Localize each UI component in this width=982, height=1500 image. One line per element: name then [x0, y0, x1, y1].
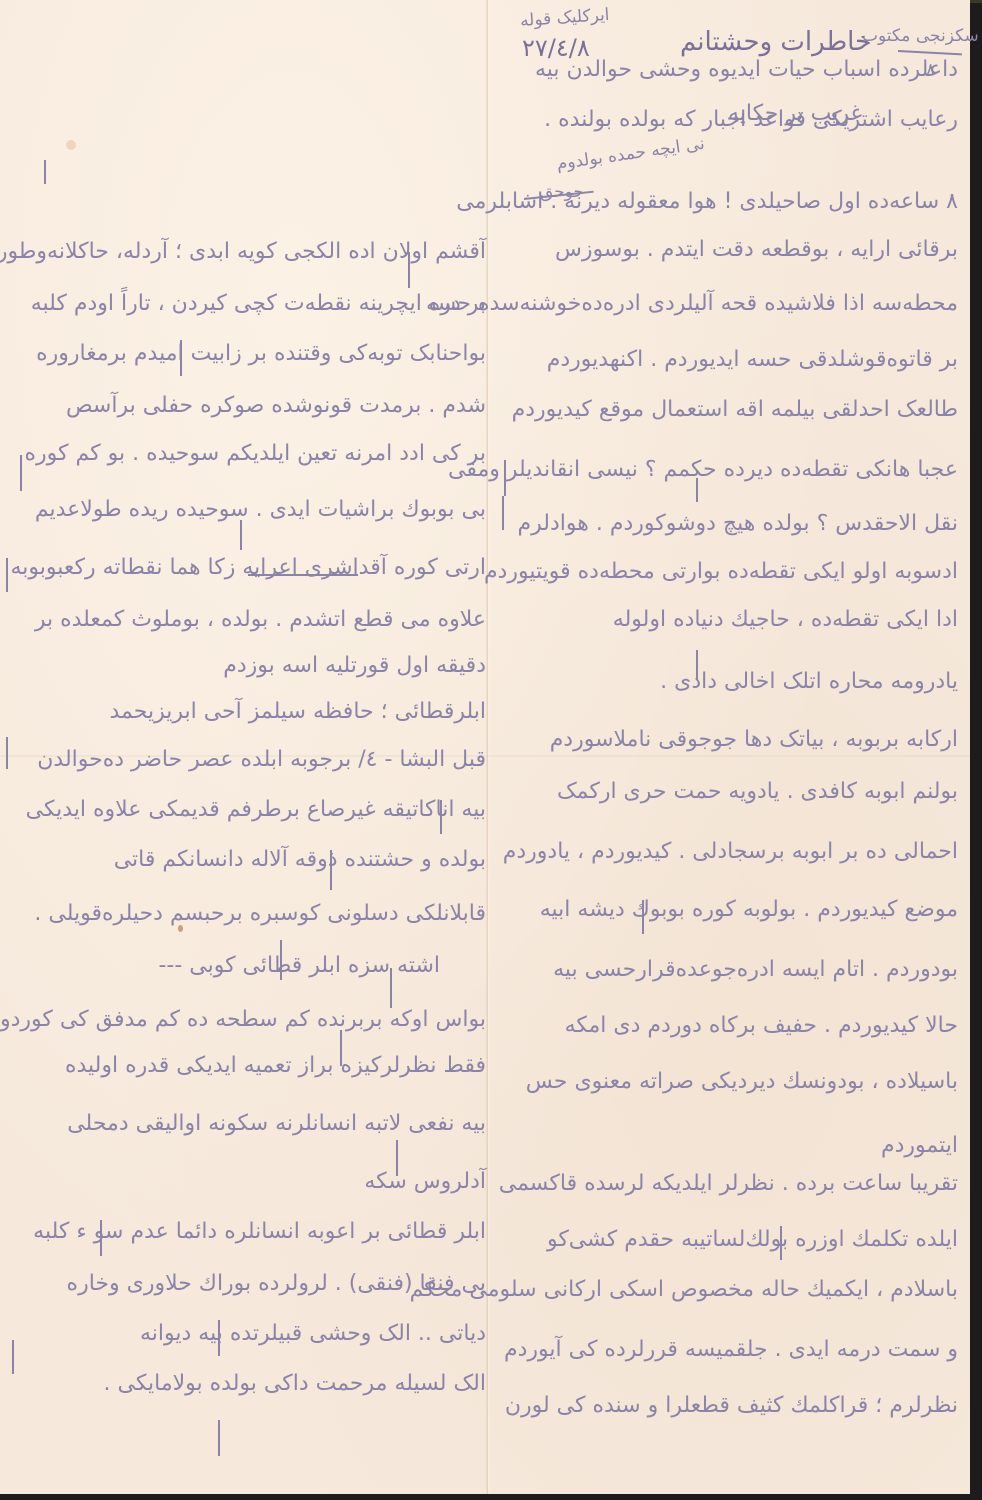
right-line-16: بواس اوکه بربرنده کم سطحه ده کم مدفق کی … [16, 1006, 486, 1034]
letter-sheet: سکزنجی مکتوب ٨ خاطرات وحشتانم ایرکلیک قو… [0, 0, 970, 1494]
right-line-7: ارتی کوره آقداشری اعرایه زکا هما نقطاته … [16, 554, 486, 582]
right-line-8: علاوه می قطع اتشدم . بولده ، بوملوث کمعل… [16, 606, 486, 634]
pen-stroke [504, 460, 506, 496]
pen-stroke [44, 160, 46, 184]
left-line-4: برقائی ارایه ، بوقطعه دقت ایتدم . بوسوزس [498, 236, 958, 264]
left-line-6: بر قاتوه‌قوشلدقی حسه ایدیوردم . اکنهدیور… [498, 346, 958, 374]
right-line-9: دقیقه اول قورتلیه اسه بوزدم [16, 652, 486, 680]
paper-stain [66, 140, 76, 150]
left-line-20: ایتموردم [498, 1132, 958, 1160]
left-line-18: حالا کیدیوردم . حفیف برکاه دوردم دی امکه [498, 1012, 958, 1040]
pen-stroke [696, 478, 698, 502]
left-line-1: داعلرده اسباب حیات ایدیوه وحشی حوالدن بی… [498, 56, 958, 84]
pen-stroke [642, 900, 644, 934]
right-line-12: بیه اناکاتیقه غیرصاع برطرفم قدیمکی علاوه… [16, 796, 486, 824]
left-line-19: باسیلاده ، بودونسك دیردیکی صراته معنوی ح… [498, 1068, 958, 1096]
pen-stroke [100, 1220, 102, 1256]
pen-stroke [280, 940, 282, 980]
left-line-10: ادسوبه اولو ایکی تقطه‌ده بوارتی محطه‌ده … [498, 558, 958, 586]
left-line-9: نقل الاحقدس ؟ بولده هیچ دوشوکوردم . هواد… [498, 510, 958, 538]
pen-stroke [390, 968, 392, 1008]
left-line-23: باسلادم ، ایکمیك حاله مخصوص اسکی ارکانی … [498, 1276, 958, 1304]
vertical-fold-line [486, 0, 490, 1494]
left-line-13: ارکابه بربوبه ، بیاتک دها جوجوقی ناملاسو… [498, 726, 958, 754]
right-line-23: الک لسیله مرحمت داکی بولده بولامایکی . [16, 1370, 486, 1398]
pen-stroke [6, 558, 8, 592]
page-marker: سکزنجی مکتوب [862, 22, 979, 50]
left-line-15: احمالی ده بر ابوبه برسجادلی . کیدیوردم ،… [498, 838, 958, 866]
right-line-14: قابلانلکی دسلونی کوسبره برحبسم دحیلره‌قو… [16, 900, 486, 928]
left-line-24: و سمت درمه ایدی . جلقمیسه قررلرده کی آیو… [498, 1336, 958, 1364]
pen-stroke [396, 1140, 398, 1176]
left-line-12: یادرومه محاره اتلک اخالی دادی . [498, 668, 958, 696]
right-line-11: قبل البشا - ٤/ برجوبه ابلده عصر حاضر ده‌… [16, 746, 486, 774]
right-line-15: اشته سزه ابلر قطائی کوبی --- [20, 952, 440, 980]
pen-stroke [408, 252, 410, 288]
letter-title: خاطرات وحشتانم [680, 28, 871, 56]
pen-stroke [240, 520, 242, 550]
left-line-22: ایلده تکلمك اوزره بولك‌لساتیبه حقدم کشی‌… [498, 1226, 958, 1254]
left-line-8: عجبا هانکی تقطه‌ده دیرده حکمم ؟ نیسی انق… [498, 456, 958, 484]
right-line-20: ابلر قطائی بر اعوبه انسانلره دائما عدم س… [16, 1218, 486, 1246]
pen-stroke [780, 1226, 782, 1260]
right-line-6: بی بوبوك براشیات ایدی . سوحیده ریده طولا… [16, 496, 486, 524]
pen-stroke [180, 340, 182, 376]
right-line-4: شدم . برمدت قونوشده صوکره حفلی برآسص [16, 392, 486, 420]
left-line-21: تقریبا ساعت برده . نظرلر ایلدیکه لرسده ق… [498, 1170, 958, 1198]
left-line-7: طالعک احدلقی بیلمه اقه استعمال موقع کیدی… [498, 396, 958, 424]
left-line-14: بولنم ابوبه کافدی . یادویه حمت حری ارکمک [498, 778, 958, 806]
right-line-1: آقشم اولان ادە الکجی کویە ابدی ؛ آردلە، … [16, 238, 486, 266]
pen-stroke [20, 455, 22, 491]
pen-stroke [218, 1320, 220, 1356]
right-line-17: فقط نظرلرکیزه براز تعمیه ایدیکی قدره اول… [16, 1052, 486, 1080]
pen-stroke [330, 850, 332, 890]
right-line-22: دیاتی .. الک وحشی قبیلرتده بیه دیوانه [16, 1320, 486, 1348]
left-line-17: بودوردم . اتام ایسه ادره‌جوعده‌قرارحسی ب… [498, 956, 958, 984]
side-note: نی ایچه حمده بولدوم [555, 130, 707, 178]
right-line-13: بولده و حشتنده ذوقه آلاله دانسانکم قاتی [16, 846, 486, 874]
pen-stroke [218, 1420, 220, 1456]
pen-stroke [12, 1340, 14, 1374]
right-line-18: بیه نفعی لاتبه انسانلرنه سکونه اوالیقی د… [16, 1110, 486, 1138]
pen-stroke [340, 1030, 342, 1066]
left-line-16: موضع کیدیوردم . بولوبه کوره بوبوك دیشه ا… [498, 896, 958, 924]
right-line-2: بر دره ایچرینه نقطه‌ت کچی کیردن ، تاراً … [16, 290, 486, 318]
right-line-19: آدلروس سکه [16, 1168, 486, 1196]
left-line-2: رعایب اشتریکی قواعد اجبار که بولده بولند… [498, 106, 958, 134]
place-name: ایرکلیک قوله [519, 1, 610, 35]
right-line-5: بر کی ادد امرنه تعین ایلدیکم سوحیده . بو… [16, 440, 486, 468]
left-line-3: ٨ ساعه‌ده اول صاحیلدی ! هوا معقوله دیرنه… [498, 188, 958, 216]
pen-stroke [502, 496, 504, 530]
left-line-25: نظرلرم ؛ قراکلمك کثیف قطعلرا و سنده کی ل… [498, 1392, 958, 1420]
left-line-11: ادا ایکی تقطه‌ده ، حاجیك دنیاده اولوله [498, 606, 958, 634]
pen-stroke [440, 800, 442, 834]
left-line-5: محطه‌سه اذا فلاشیده قحه آلیلردی ادره‌ده‌… [498, 290, 958, 318]
pen-stroke [696, 650, 698, 680]
right-line-10: ابلرقطائی ؛ حافظه سیلمز آحی ابریزیحمد [16, 698, 486, 726]
page-marker-underline [898, 50, 962, 55]
right-line-3: بواحنابک توبه‌کی وقتنده بر زابیت امیدم ب… [16, 340, 486, 368]
strikethrough-mark [248, 574, 358, 576]
pen-stroke [6, 737, 8, 769]
